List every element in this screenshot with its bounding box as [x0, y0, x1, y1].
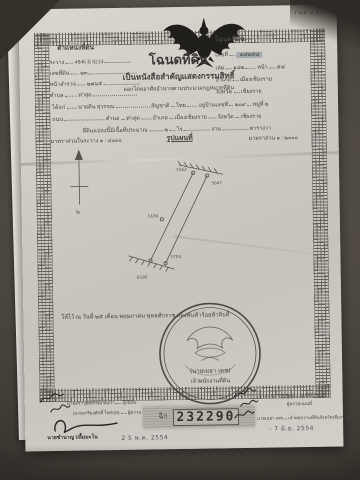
photo-of-land-deed: ( น.ส. ๔ จ. ) ตำแหน่งที่ดิน ระวาง 4846 I…	[0, 0, 360, 480]
map-writer-role: ผู้เขียนแผนที่	[300, 393, 325, 398]
amphoe-label: อำเภอ	[153, 115, 168, 121]
marker-label-4: 5704	[170, 254, 181, 259]
area-wa-label: ตารางวา	[250, 126, 272, 132]
serial-prefix: ฉีก	[158, 413, 167, 421]
position-box-title: ตำแหน่งที่ดิน	[57, 44, 94, 52]
map-checker-role: ผู้ตรวจแผนที่	[287, 401, 312, 406]
address-number: ๒๐๙	[235, 102, 246, 108]
owner-prefix: ได้แก่	[52, 105, 65, 111]
signature-checker	[49, 403, 71, 415]
scale-right: มาตราส่วน ๑ : ๒๐๐๐	[249, 135, 298, 142]
deed-box-title: โฉนดที่ดิน	[215, 36, 245, 44]
marker-label-2: 5047	[211, 180, 222, 185]
province-line-label: จังหวัด	[218, 114, 234, 120]
deed-paper: ( น.ส. ๔ จ. ) ตำแหน่งที่ดิน ระวาง 4846 I…	[19, 5, 344, 452]
nationality-label: สัญชาติ	[151, 103, 170, 109]
seal-officer-name: (นายเมธา เดช)	[190, 367, 231, 375]
writer-role: ผู้เขียน	[123, 400, 136, 405]
seal-officer-title: เจ้าพนักงานที่ดิน	[191, 376, 231, 385]
writer-name-row: นายสราวุฒิพรรณ ทีมก้า ผู้เขียน	[67, 397, 136, 406]
land-officer-row: นายเมธา เดช เจ้าพนักงานที่ดินจังหวัดเชีย…	[257, 411, 349, 421]
owner-address-line: ถนน ตำบล ท่าสุด อำเภอ เมืองเชียงราย จังห…	[52, 111, 261, 123]
land-officer-name: นายเมธา เดช	[257, 415, 283, 420]
area-lead: ที่ดินแปลงนี้มีเนื้อที่ประมาณ	[82, 128, 147, 135]
tambon-label: ตำบล	[106, 116, 120, 122]
deed-main-title: โฉนดที่ดิน	[19, 51, 337, 70]
survey-map: 3162 5047 5188 5704 6190 น	[21, 143, 342, 316]
road-hatch-bottom	[129, 256, 168, 272]
land-officer-role: เจ้าพนักงานที่ดินจังหวัดเชียงราย	[288, 414, 349, 420]
serial-number: 232290	[172, 408, 239, 426]
writer-name: นายสราวุฒิพรรณ ทีมก้า	[67, 400, 115, 406]
area-rai-label: ไร่	[177, 127, 183, 133]
moo-value: ๒	[265, 102, 269, 108]
tambon-value: ท่าสุด	[126, 116, 140, 122]
large-left-name: นายชำนาญ ปลื้มมะโน	[47, 435, 98, 442]
province-line-value: เชียงราย	[240, 114, 261, 120]
marker-label-5: 6190	[137, 275, 148, 280]
marker-label-1: 3162	[176, 167, 187, 172]
signature-map-checker	[239, 398, 259, 409]
table-surface-bottom	[0, 446, 360, 480]
form-code: ( น.ส. ๔ จ. )	[295, 10, 323, 16]
moo-label: หมู่ที่	[253, 102, 265, 108]
map-writer-row: นายนภิน วลัยรัตน์ ผู้เขียนแผนที่	[259, 390, 326, 399]
date-stamp-right: - 7 มิ.ย. 2554	[269, 426, 314, 433]
owner-line: ได้แก่ นายติน สุวรรณ สัญชาติ ไทย อยู่บ้า…	[52, 99, 269, 111]
date-stamp-left: 2 5 พ.ค. 2554	[121, 435, 168, 442]
area-rai-value: ๒	[164, 127, 168, 133]
north-label: น	[76, 209, 80, 216]
signature-land-officer	[233, 409, 255, 421]
area-line: ที่ดินแปลงนี้มีเนื้อที่ประมาณ ๒ ไร่ งาน …	[82, 123, 271, 135]
checker-role: ผู้ตรวจ	[128, 410, 141, 415]
map-writer-name: นายนภิน วลัยรัตน์	[259, 393, 295, 399]
marker-label-3: 5188	[148, 213, 159, 218]
address-label: อยู่บ้านเลขที่	[199, 102, 229, 108]
north-arrow-shaft	[79, 157, 80, 205]
owner-name: นายติน สุวรรณ	[78, 104, 114, 111]
north-arrow-head	[75, 151, 82, 160]
amphoe-value: เมืองเชียงราย	[174, 115, 206, 122]
area-ngan-label: งาน	[211, 126, 221, 132]
road-label: ถนน	[52, 117, 63, 123]
nationality-value: ไทย	[176, 103, 186, 109]
